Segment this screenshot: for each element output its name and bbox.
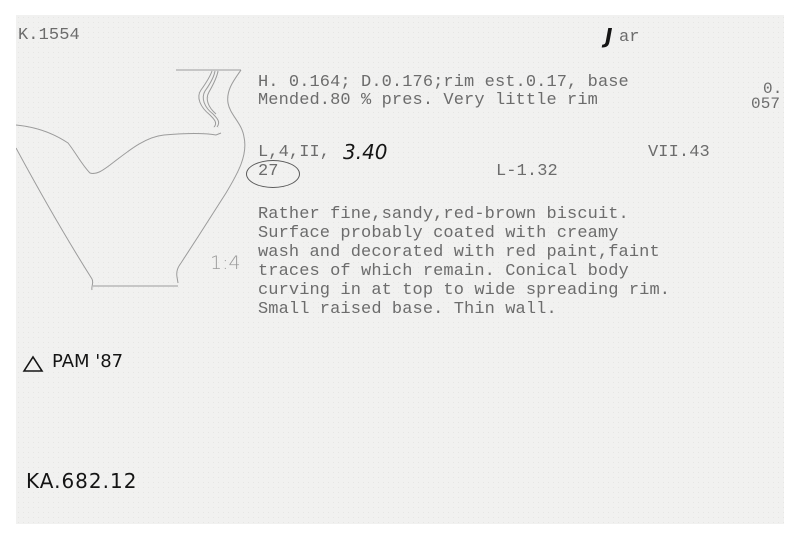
description-line: Surface probably coated with creamy	[258, 224, 619, 243]
context-handwritten: 3.40	[343, 140, 388, 164]
description-line: Rather fine,sandy,red-brown biscuit.	[258, 205, 629, 224]
date-code: VII.43	[648, 143, 710, 163]
dimensions-line: H. 0.164; D.0.176;rim est.0.17, base	[258, 73, 629, 93]
catalog-number: K.1554	[18, 26, 80, 46]
object-type: ar	[619, 28, 640, 48]
circled-number: 27	[258, 162, 279, 182]
catalog-card: K.1554 J ar H. 0.164; D.0.176;rim est.0.…	[16, 15, 784, 524]
annotation: PAM '87	[52, 351, 123, 372]
triangle-icon	[22, 355, 44, 373]
scale-label: 1:4	[210, 252, 241, 274]
description-line: Small raised base. Thin wall.	[258, 300, 557, 319]
description-line: traces of which remain. Conical body	[258, 262, 629, 281]
description-line: wash and decorated with red paint,faint	[258, 243, 660, 262]
object-type-initial: J	[605, 24, 612, 48]
level: L-1.32	[496, 162, 558, 182]
condition-line: Mended.80 % pres. Very little rim	[258, 91, 598, 111]
inventory-number: KA.682.12	[26, 469, 137, 493]
description-line: curving in at top to wide spreading rim.	[258, 281, 670, 300]
base-value-bottom: 057	[751, 94, 780, 114]
